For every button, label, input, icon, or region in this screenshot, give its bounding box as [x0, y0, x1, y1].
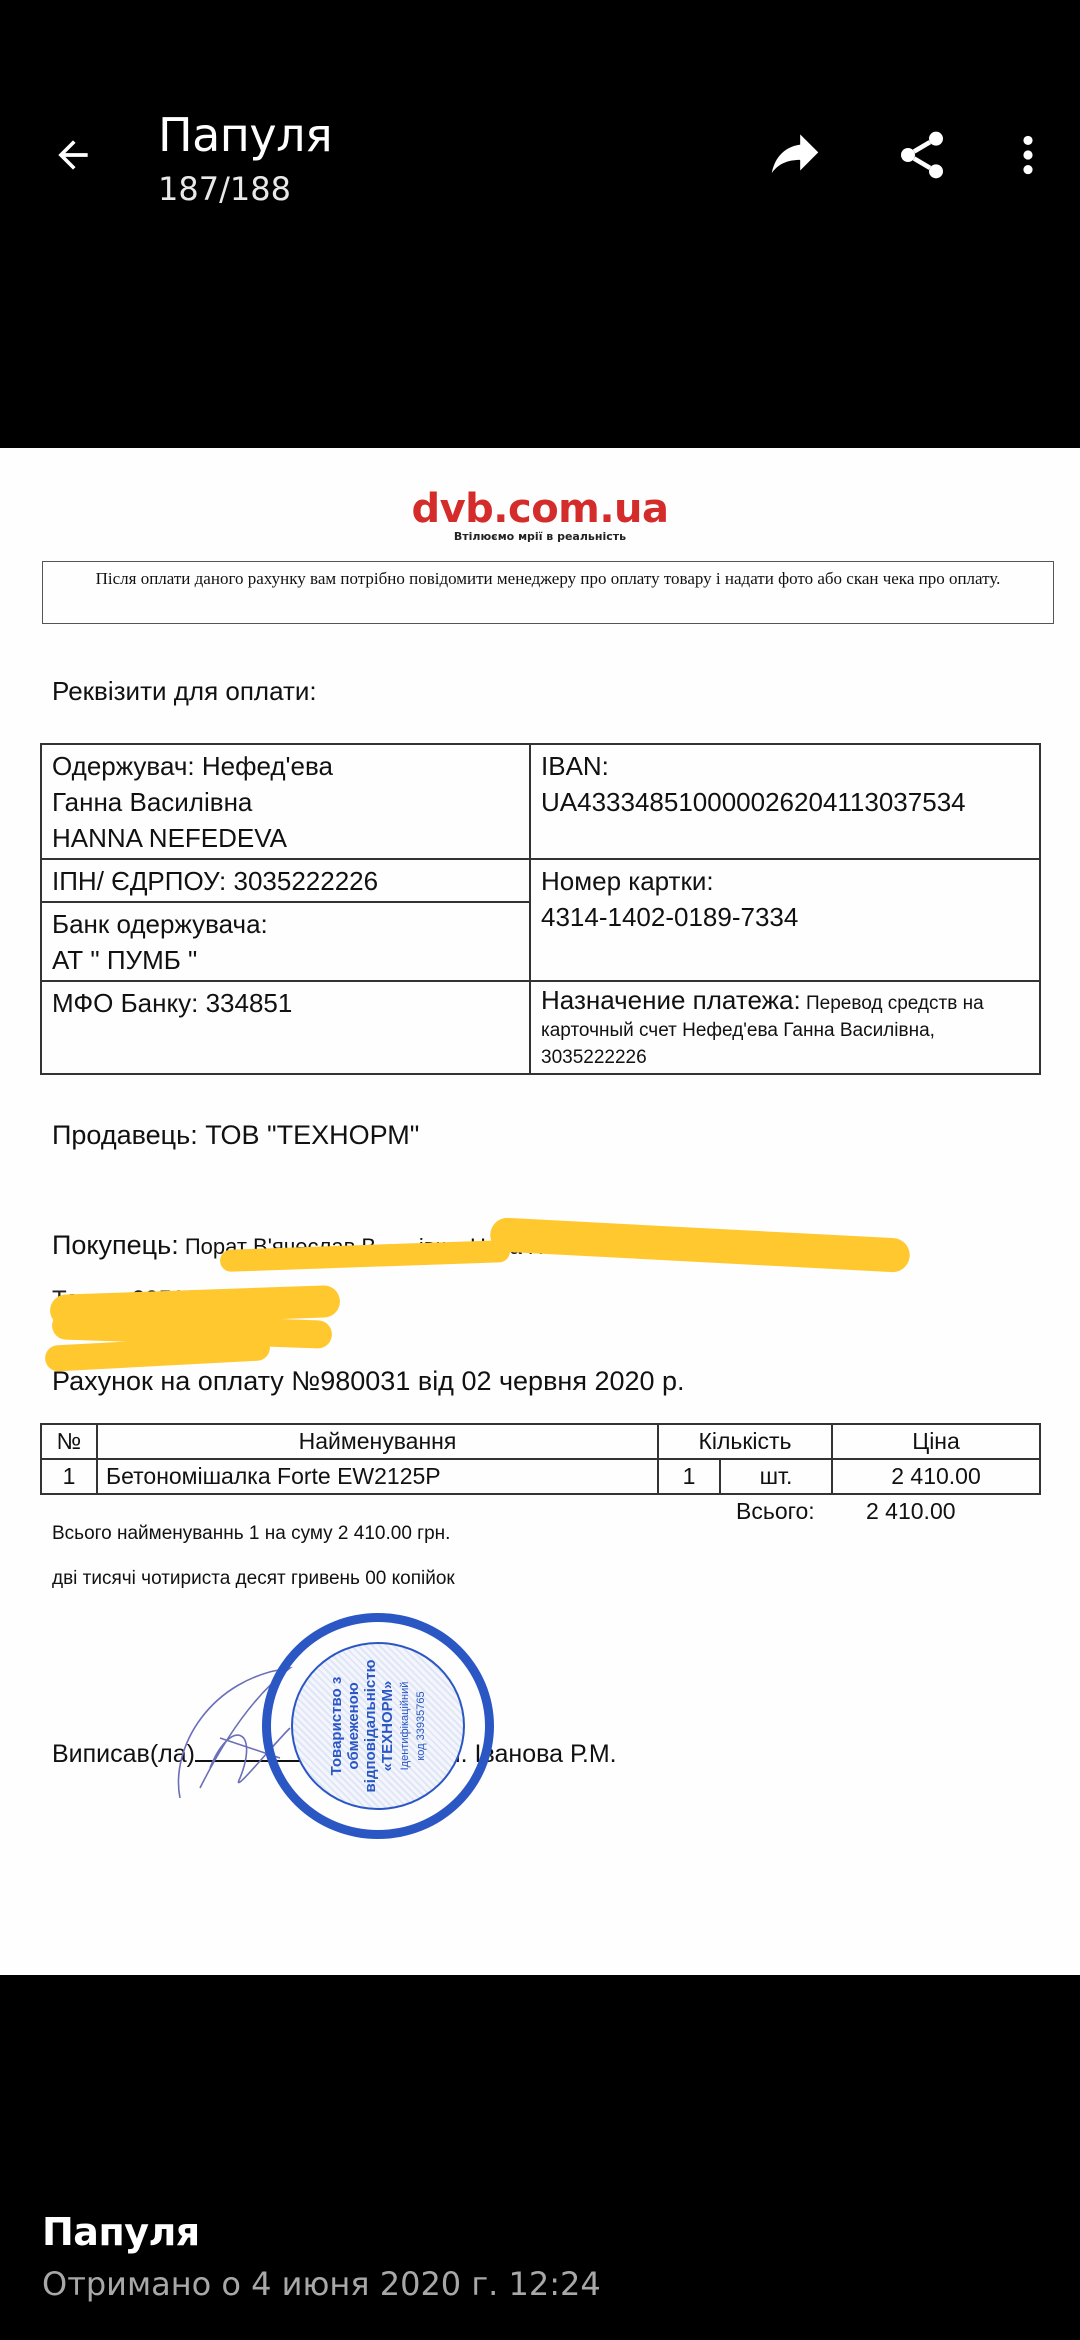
bank-value: АТ " ПУМБ " — [52, 942, 519, 978]
logo-site: dvb.com.ua — [0, 486, 1080, 532]
stamp-text: Товариство з обмеженою відповідальністю … — [328, 1660, 428, 1793]
card-value: 4314-1402-0189-7334 — [541, 899, 1029, 935]
item-qty: 1 — [658, 1459, 720, 1494]
store-logo: dvb.com.ua Втілюємо мрії в реальність — [0, 486, 1080, 543]
logo-tagline: Втілюємо мрії в реальність — [0, 530, 1080, 543]
stamp-line: «ТЕХНОРМ» — [379, 1660, 396, 1793]
iban-value: UA433348510000026204113037534 — [541, 784, 1029, 820]
forward-button[interactable] — [760, 120, 830, 190]
item-number: 1 — [41, 1459, 97, 1494]
item-unit: шт. — [720, 1459, 832, 1494]
purpose-label: Назначение платежа: — [541, 985, 801, 1015]
stamp-line: обмеженою — [345, 1660, 362, 1793]
buyer-label: Покупець: — [52, 1230, 179, 1260]
amount-in-words: дві тисячі чотириста десят гривень 00 ко… — [52, 1568, 455, 1590]
invoice-title: Рахунок на оплату №980031 від 02 червня … — [52, 1366, 685, 1397]
redaction-mark — [489, 1217, 910, 1273]
stamp-code: код 33935765 — [415, 1660, 428, 1793]
requisites-title: Реквізити для оплати: — [52, 676, 317, 707]
col-name: Найменування — [97, 1424, 658, 1459]
col-price: Ціна — [832, 1424, 1040, 1459]
back-arrow-icon — [51, 133, 95, 177]
recipient-line: Ганна Василівна — [52, 784, 519, 820]
recipient-line: Одержувач: Нефед'ева — [52, 748, 519, 784]
purpose-cell: Назначение платежа: Перевод средств на к… — [530, 981, 1040, 1074]
conversation-title: Папуля — [158, 108, 332, 162]
mfo-cell: МФО Банку: 334851 — [41, 981, 530, 1074]
card-cell: Номер картки: 4314-1402-0189-7334 — [530, 859, 1040, 981]
item-price: 2 410.00 — [832, 1459, 1040, 1494]
share-button[interactable] — [887, 120, 957, 190]
iban-label: IBAN: — [541, 748, 1029, 784]
image-counter: 187/188 — [158, 170, 291, 208]
summary-line: Всього найменуваннь 1 на суму 2 410.00 г… — [52, 1523, 450, 1545]
requisites-table: Одержувач: Нефед'ева Ганна Василівна HAN… — [40, 743, 1041, 1075]
total-label: Всього: — [736, 1498, 815, 1525]
image-info-footer: Папуля Отримано о 4 июня 2020 г. 12:24 — [0, 1975, 1080, 2340]
iban-cell: IBAN: UA433348510000026204113037534 — [530, 744, 1040, 859]
stamp-line: Товариство з — [328, 1660, 345, 1793]
invoice-image[interactable]: dvb.com.ua Втілюємо мрії в реальність Пі… — [0, 448, 1080, 1975]
card-label: Номер картки: — [541, 863, 1029, 899]
tax-id-cell: ІПН/ ЄДРПОУ: 3035222226 — [41, 859, 530, 902]
top-app-bar: Папуля 187/188 — [0, 0, 1080, 448]
received-timestamp: Отримано о 4 июня 2020 г. 12:24 — [42, 2265, 601, 2303]
share-icon — [894, 127, 950, 183]
total-value: 2 410.00 — [866, 1498, 956, 1525]
items-table: № Найменування Кількість Ціна 1 Бетономі… — [40, 1423, 1041, 1495]
bank-label: Банк одержувача: — [52, 906, 519, 942]
payment-notice: Після оплати даного рахунку вам потрібно… — [42, 561, 1054, 624]
item-name: Бетономішалка Forte EW2125P — [97, 1459, 658, 1494]
stamp-line: відповідальністю — [362, 1660, 379, 1793]
items-header-row: № Найменування Кількість Ціна — [41, 1424, 1040, 1459]
recipient-cell: Одержувач: Нефед'ева Ганна Василівна HAN… — [41, 744, 530, 859]
seller: Продавець: ТОВ "ТЕХНОРМ" — [52, 1120, 419, 1151]
forward-icon — [764, 124, 826, 186]
bank-cell: Банк одержувача: АТ " ПУМБ " — [41, 902, 530, 981]
stamp-inner-ring: Товариство з обмеженою відповідальністю … — [291, 1642, 465, 1810]
company-stamp: Товариство з обмеженою відповідальністю … — [262, 1613, 494, 1839]
sender-name: Папуля — [42, 2210, 200, 2254]
more-vertical-icon — [1003, 130, 1053, 180]
table-row: 1 Бетономішалка Forte EW2125P 1 шт. 2 41… — [41, 1459, 1040, 1494]
stamp-code-label: Ідентифікаційний — [399, 1660, 412, 1793]
more-options-button[interactable] — [993, 120, 1063, 190]
back-button[interactable] — [40, 122, 106, 188]
recipient-line: HANNA NEFEDEVA — [52, 820, 519, 856]
col-number: № — [41, 1424, 97, 1459]
col-quantity: Кількість — [658, 1424, 832, 1459]
